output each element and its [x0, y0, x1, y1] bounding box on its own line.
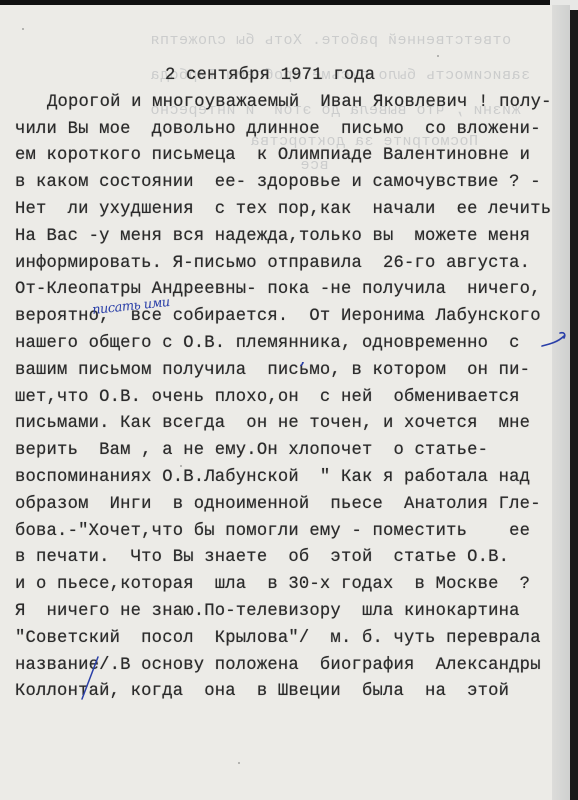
paper-speck	[180, 465, 182, 467]
letter-line: и о пьесе,которая шла в 30-х годах в Мос…	[15, 572, 560, 599]
letter-line: На Вас -у меня вся надежда,только вы мож…	[15, 224, 560, 251]
letter-line: От-Клеопатры Андреевны- пока -не получил…	[15, 277, 560, 304]
letter-line: Коллонтай, когда она в Швеции была на эт…	[15, 679, 560, 706]
letter-line: "Советский посол Крылова"/ м. б. чуть пе…	[15, 626, 560, 653]
letter-line: Дорогой и многоуважаемый Иван Яковлевич …	[15, 90, 560, 117]
letter-line: шет,что О.В. очень плохо,он с ней обмени…	[15, 385, 560, 412]
letter-line: ем короткого письмеца к Олимпиаде Валент…	[15, 143, 560, 170]
paper-speck	[437, 55, 439, 57]
letter-line: письмами. Как всегда он не точен, и хоче…	[15, 411, 560, 438]
letter-line: в каком состоянии ее- здоровье и самочув…	[15, 170, 560, 197]
bleed-line: ответственней работе. Хоть бы сложетпя	[150, 32, 511, 49]
letter-line: воспоминаниях О.В.Лабунской " Как я рабо…	[15, 465, 560, 492]
letter-line: Я ничего не знаю.По-телевизору шла кинок…	[15, 599, 560, 626]
letter-line: верить Вам , а не ему.Он хлопочет о стат…	[15, 438, 560, 465]
letter-date: 2 сентября 1971 года	[15, 63, 560, 90]
paper-speck	[22, 28, 24, 30]
letter-line: бова.-"Хочет,что бы помогли ему - помест…	[15, 519, 560, 546]
letter-line: чили Вы мое довольно длинное письмо со в…	[15, 117, 560, 144]
typewritten-letter-body: 2 сентября 1971 года Дорогой и многоуваж…	[15, 63, 560, 706]
letter-line: информировать. Я-письмо отправила 26-го …	[15, 251, 560, 278]
letter-line: нашего общего с О.В. племянника, одновре…	[15, 331, 560, 358]
paper-speck	[238, 762, 240, 764]
letter-line: вероятно, все собирается. От Иеронима Ла…	[15, 304, 560, 331]
letter-line: вашим письмом получила письмо, в котором…	[15, 358, 560, 385]
letter-page: ответственней работе. Хоть бы сложетпя з…	[0, 5, 570, 800]
letter-line: Нет ли ухудшения с тех пор,как начали ее…	[15, 197, 560, 224]
letter-line: название/.В основу положена биография Ал…	[15, 653, 560, 680]
letter-line: образом Инги в одноименной пьесе Анатоли…	[15, 492, 560, 519]
letter-line: в печати. Что Вы знаете об этой статье О…	[15, 545, 560, 572]
